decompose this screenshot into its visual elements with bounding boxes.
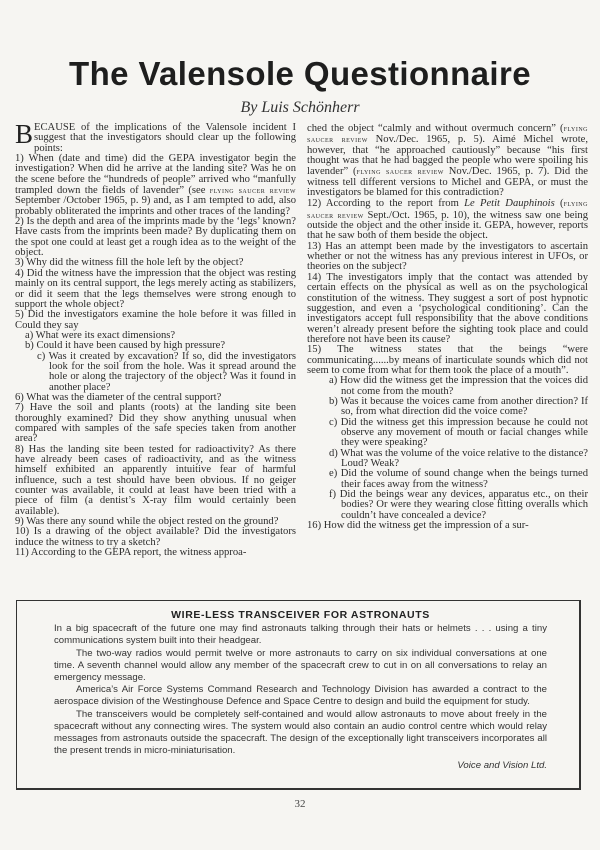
question-15f: f) Did the beings wear any devices, appa…: [307, 490, 588, 521]
question-7: 7) Have the soil and plants (roots) at t…: [15, 403, 296, 444]
question-5: 5) Did the investigators examine the hol…: [15, 310, 296, 331]
newspaper-name: Le Petit Dauphinois: [464, 198, 555, 209]
question-15b: b) Was it because the voices came from a…: [307, 397, 588, 418]
question-15e: e) Did the volume of sound change when t…: [307, 469, 588, 490]
question-11: 11) According to the GEPA report, the wi…: [15, 548, 296, 558]
question-10: 10) Is a drawing of the object available…: [15, 527, 296, 548]
sidebar-paragraph-1: In a big spacecraft of the future one ma…: [54, 623, 547, 647]
question-15a: a) How did the witness get the impressio…: [307, 376, 588, 397]
sidebar-paragraph-3: America’s Air Force Systems Command Rese…: [54, 684, 547, 708]
page-number: 32: [0, 798, 600, 810]
column-right: ched the object “calmly and without over…: [307, 123, 588, 531]
question-1: 1) When (date and time) did the GEPA inv…: [15, 154, 296, 217]
question-12: 12) According to the report from Le Peti…: [307, 198, 588, 241]
question-8: 8) Has the landing site been tested for …: [15, 445, 296, 517]
sidebar-credit: Voice and Vision Ltd.: [54, 760, 547, 772]
question-5b: b) Could it have been caused by high pre…: [15, 341, 296, 351]
sidebar-heading: WIRE-LESS TRANSCEIVER FOR ASTRONAUTS: [54, 609, 547, 621]
question-14: 14) The investigators imply that the con…: [307, 273, 588, 345]
sidebar-paragraph-4: The transceivers would be completely sel…: [54, 709, 547, 758]
sidebar-box: WIRE-LESS TRANSCEIVER FOR ASTRONAUTS In …: [16, 600, 581, 790]
sidebar-paragraph-2: The two-way radios would permit twelve o…: [54, 648, 547, 685]
article-byline: By Luis Schönherr: [0, 99, 600, 117]
question-4: 4) Did the witness have the impression t…: [15, 269, 296, 310]
drop-cap: B: [15, 124, 33, 144]
question-15c: c) Did the witness get this impression b…: [307, 418, 588, 449]
article-title: The Valensole Questionnaire: [0, 55, 600, 93]
intro-paragraph: BECAUSE of the implications of the Valen…: [15, 123, 296, 154]
publication-name: flying saucer review: [210, 185, 296, 195]
question-5c: c) Was it created by excavation? If so, …: [15, 352, 296, 393]
question-2: 2) Is the depth and area of the imprints…: [15, 217, 296, 258]
question-15: 15) The witness states that the beings “…: [307, 345, 588, 376]
question-11-continued: ched the object “calmly and without over…: [307, 123, 588, 198]
question-13: 13) Has an attempt been made by the inve…: [307, 242, 588, 273]
question-15d: d) What was the volume of the voice rela…: [307, 449, 588, 470]
question-16: 16) How did the witness get the impressi…: [307, 521, 588, 531]
publication-name: flying saucer review: [357, 166, 444, 176]
column-left: BECAUSE of the implications of the Valen…: [15, 123, 296, 558]
